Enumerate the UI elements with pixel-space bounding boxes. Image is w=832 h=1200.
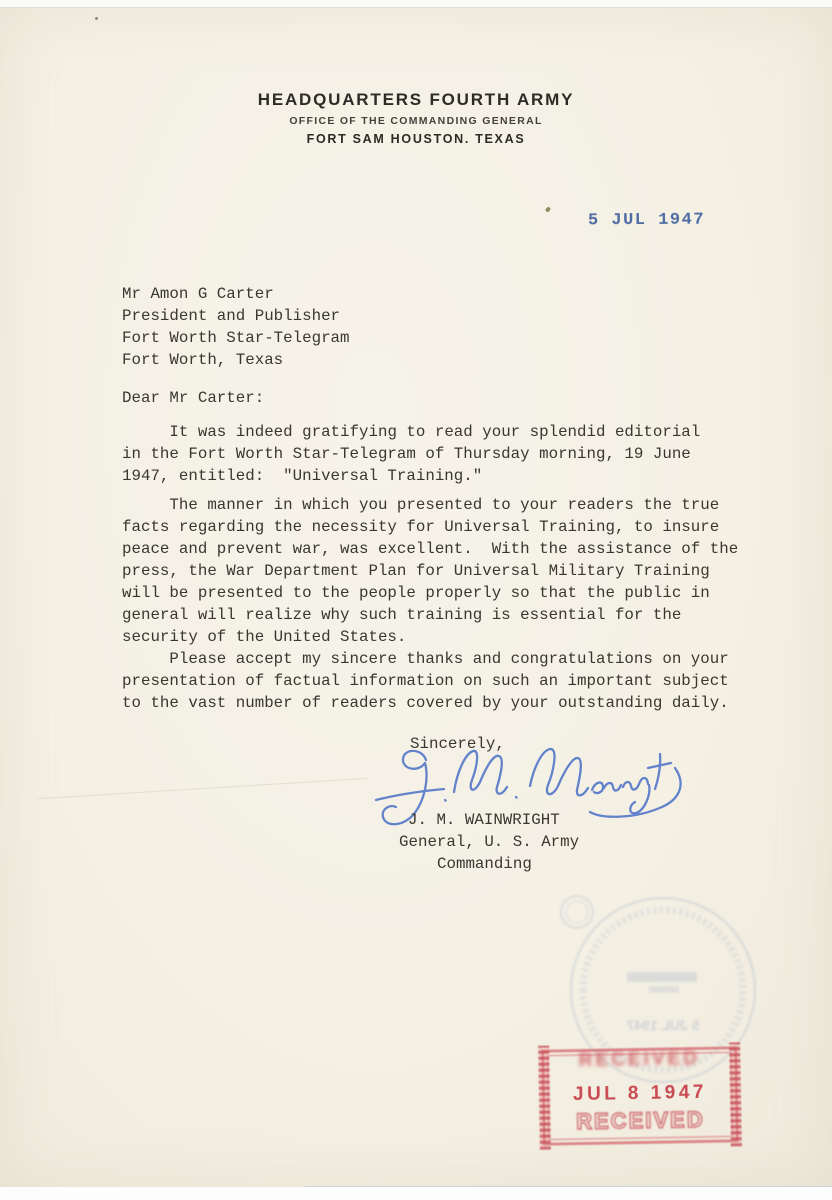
typed-signature-name: J. M. WAINWRIGHT: [408, 809, 560, 831]
scanned-letter: HEADQUARTERS FOURTH ARMY OFFICE OF THE C…: [0, 0, 832, 1200]
salutation: Dear Mr Carter:: [122, 387, 264, 409]
letterhead-office: OFFICE OF THE COMMANDING GENERAL: [0, 115, 832, 127]
letterhead: HEADQUARTERS FOURTH ARMY OFFICE OF THE C…: [0, 90, 832, 146]
bleed-stamp-date: 5 JUL 1947: [626, 1017, 699, 1033]
signer-position: Commanding: [437, 853, 532, 875]
ink-speck: [95, 17, 98, 20]
scan-edge-top: [0, 0, 832, 8]
body-paragraph-2: The manner in which you presented to you…: [122, 494, 770, 648]
received-stamp-bottom-text: RECEIVED: [542, 1106, 738, 1135]
body-paragraph-3: Please accept my sincere thanks and cong…: [122, 648, 770, 714]
received-stamp-top-text: RECEIVED: [541, 1047, 737, 1072]
letterhead-org: HEADQUARTERS FOURTH ARMY: [0, 90, 832, 110]
received-stamp: RECEIVED JUL 8 1947 RECEIVED: [541, 1046, 739, 1145]
date-stamp: 5 JUL 1947: [588, 211, 705, 231]
body-paragraph-1: It was indeed gratifying to read your sp…: [122, 421, 770, 487]
recipient-address: Mr Amon G Carter President and Publisher…: [122, 283, 350, 371]
scan-edge-bottom: [0, 1187, 832, 1200]
received-stamp-date: JUL 8 1947: [542, 1081, 738, 1106]
letterhead-location: FORT SAM HOUSTON. TEXAS: [0, 132, 832, 146]
signer-rank: General, U. S. Army: [399, 831, 579, 853]
